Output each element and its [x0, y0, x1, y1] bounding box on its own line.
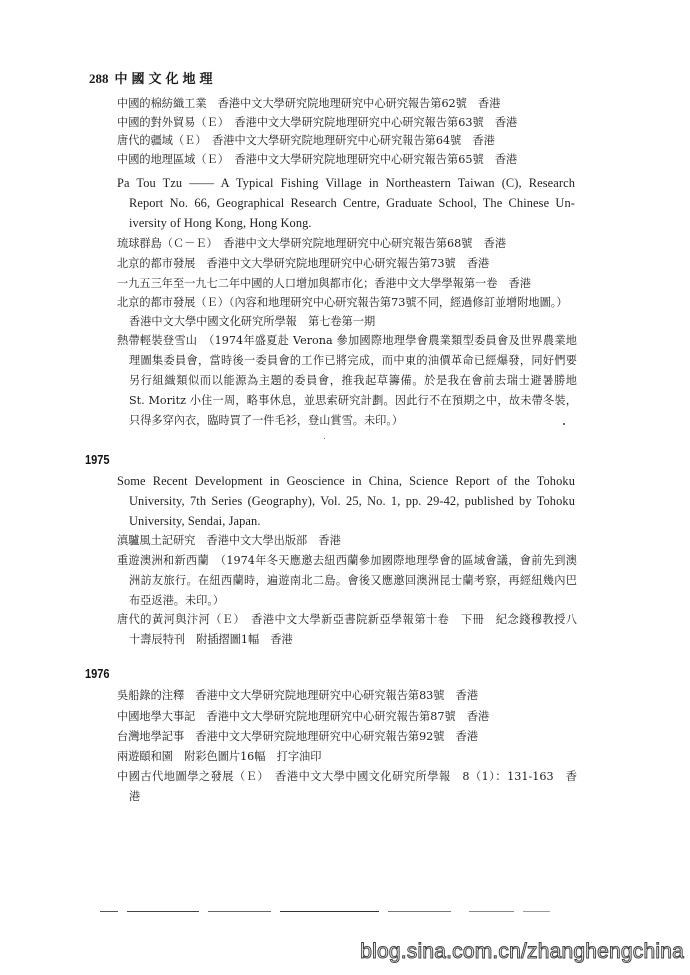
entry-line: 熱帶輕裝登雪山 （1974年盛夏赴 Verona 參加國際地理學會農業類型委員會… [117, 334, 577, 348]
entry-line: 北京的都市發展（Ｅ）（內容和地理研究中心研究報告第73號不同，經過修訂並增附地圖… [117, 296, 568, 310]
entry-line: iversity of Hong Kong, Hong Kong. [129, 216, 312, 230]
scan-speck [324, 438, 325, 439]
year-heading: 1976 [85, 666, 110, 681]
entry-line: 只得多穿內衣，臨時買了一件毛衫，登山賞雪。未印。） [129, 414, 403, 428]
watermark: blog.sina.com.cn/zhanghengchina [360, 940, 684, 964]
bibliography-entry: 吳船錄的注釋 香港中文大學研究院地理研究中心研究報告第83號 香港 [117, 689, 478, 703]
year-heading: 1975 [85, 452, 110, 467]
entry-line: 洲訪友旅行。在紐西蘭時，遍遊南北二島。會後又應邀回澳洲昆士蘭考察，再經紐幾內巴 [129, 574, 577, 588]
entry-line: 布亞返港。未印。） [129, 594, 224, 608]
entry-line: Some Recent Development in Geoscience in… [117, 474, 575, 488]
entry-line: 另行組織類似而以能源為主題的委員會，推我起草籌備。於是我在會前去瑞士避暑勝地 [129, 374, 577, 388]
entry-line: University, 7th Series (Geography), Vol.… [129, 494, 575, 508]
entry-line: 香港中文大學中國文化研究所學報 第七卷第一期 [129, 315, 375, 329]
scan-speck [563, 423, 565, 425]
entry-line: St. Moritz 小住一周，略事休息，並思索研究計劃。因此行不在預期之中，故… [129, 394, 577, 408]
page-header: 288 中國文化地理 [89, 68, 217, 87]
bibliography-entry: 一九五三年至一九七二年中國的人口增加與都市化；香港中文大學學報第一卷 香港 [117, 277, 531, 291]
bibliography-entry: 台灣地學記事 香港中文大學研究院地理研究中心研究報告第92號 香港 [117, 730, 478, 744]
entry-line: 唐代的黃河與汴河（Ｅ） 香港中文大學新亞書院新亞學報第十卷 下冊 紀念錢穆教授八 [117, 613, 577, 627]
book-title: 中國文化地理 [115, 68, 217, 87]
entry-line: University, Sendai, Japan. [129, 514, 261, 528]
entry-line: Report No. 66, Geographical Research Cen… [129, 196, 575, 210]
bibliography-entry: 滇驢風土記研究 香港中文大學出版部 香港 [117, 534, 341, 548]
bibliography-entry: 中國的對外貿易（Ｅ） 香港中文大學研究院地理研究中心研究報告第63號 香港 [117, 116, 517, 130]
entry-line: 十壽辰特刊 附插摺圖1幅 香港 [129, 633, 293, 647]
entry-line: 重遊澳洲和新西蘭 （1974年冬天應邀去紐西蘭參加國際地理學會的區域會議，會前先… [117, 554, 577, 568]
bibliography-entry: 中國的地理區域（Ｅ） 香港中文大學研究院地理研究中心研究報告第65號 香港 [117, 153, 517, 167]
bibliography-entry: 唐代的疆域（Ｅ） 香港中文大學研究院地理研究中心研究報告第64號 香港 [117, 134, 495, 148]
bibliography-entry: 琉球群島（Ｃ－Ｅ） 香港中文大學研究院地理研究中心研究報告第68號 香港 [117, 237, 506, 251]
entry-line: 港 [129, 790, 140, 804]
bibliography-entry: 中國地學大事記 香港中文大學研究院地理研究中心研究報告第87號 香港 [117, 710, 489, 724]
bibliography-entry: 中國的棉紡織工業 香港中文大學研究院地理研究中心研究報告第62號 香港 [117, 97, 500, 111]
bibliography-entry: 兩遊頤和園 附彩色圖片16幅 打字油印 [117, 750, 321, 764]
entry-line: Pa Tou Tzu —— A Typical Fishing Village … [117, 176, 575, 190]
entry-line: 中國古代地圖學之發展（Ｅ） 香港中文大學中國文化研究所學報 8（1）：131-1… [117, 770, 577, 784]
footer-rule [100, 911, 550, 912]
bibliography-entry: 北京的都市發展 香港中文大學研究院地理研究中心研究報告第73號 香港 [117, 257, 489, 271]
page-number: 288 [89, 71, 109, 87]
entry-line: 理圖集委員會，當時後一委員會的工作已將完成，而中東的油價革命已經爆發，同好們要 [129, 354, 577, 368]
